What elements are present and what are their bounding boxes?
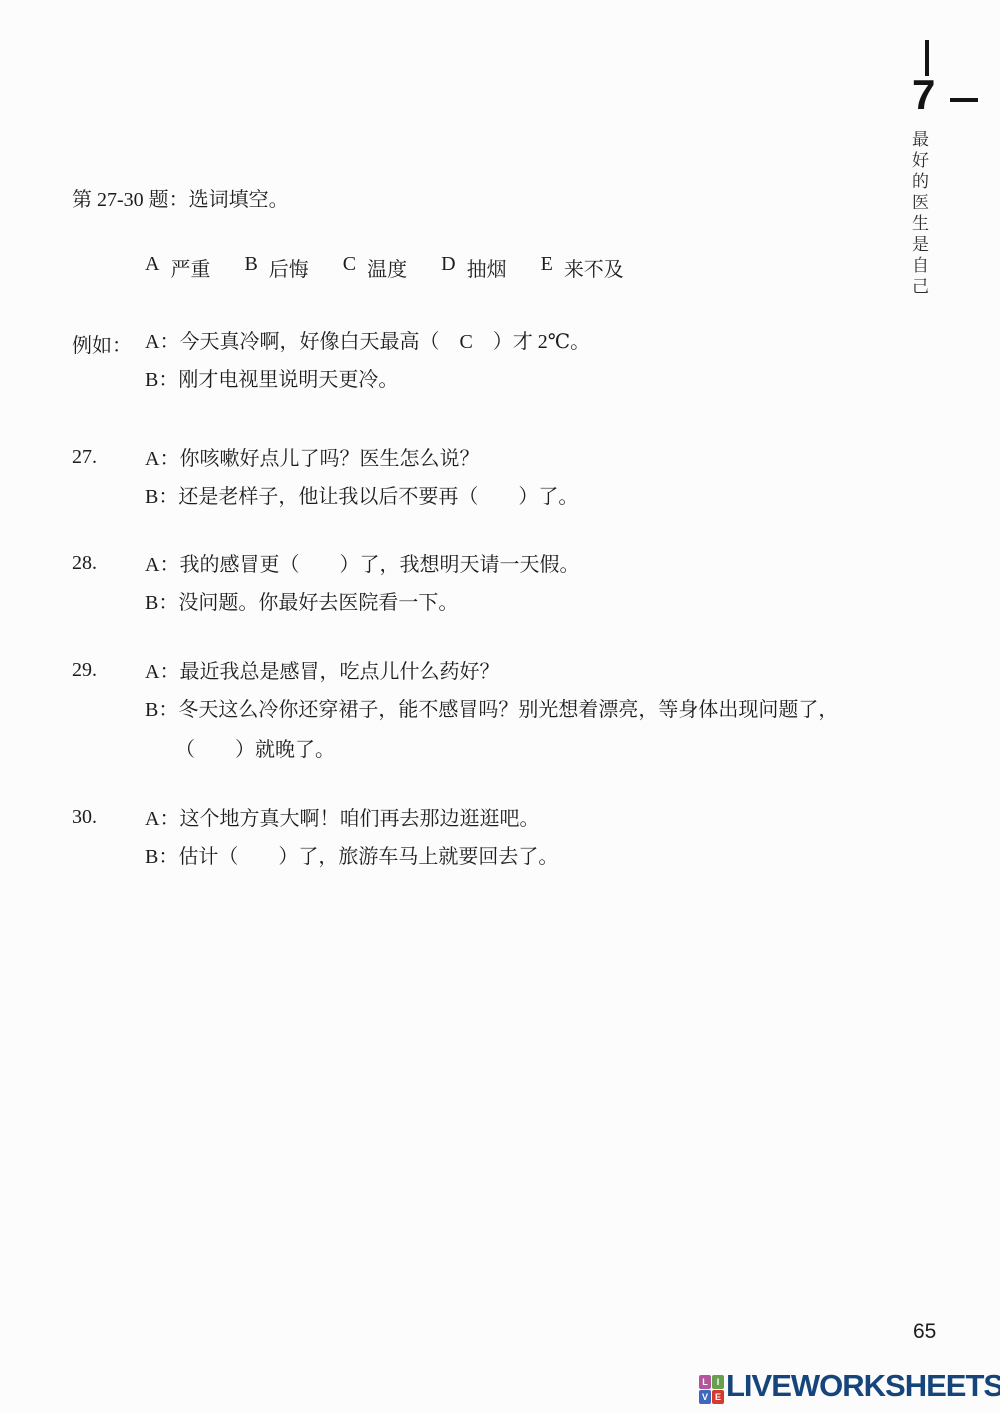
- liveworksheets-logo-icon: L I V E: [699, 1375, 724, 1404]
- worksheet-page: 第 27-30 题：选词填空。 A 严重 B 后悔 C 温度 D 抽烟 E 来不…: [0, 0, 1000, 1413]
- option-d: D 抽烟: [441, 253, 506, 282]
- example-line-a: A：今天真冷啊，好像白天最高（ C ）才 2℃。: [145, 329, 590, 367]
- question-30: 30. A：这个地方真大啊！咱们再去那边逛逛吧。 B：估计（ ）了，旅游车马上就…: [72, 806, 558, 882]
- question-line-a: A：最近我总是感冒，吃点儿什么药好？: [145, 659, 838, 697]
- page-number: 65: [913, 1320, 936, 1344]
- logo-letter-v: V: [699, 1390, 711, 1404]
- question-line-b: B：估计（ ）了，旅游车马上就要回去了。: [145, 844, 558, 882]
- question-28: 28. A：我的感冒更（ ）了，我想明天请一天假。 B：没问题。你最好去医院看一…: [72, 552, 579, 628]
- logo-letter-i: I: [712, 1375, 724, 1389]
- option-letter: D: [441, 253, 455, 282]
- option-e: E 来不及: [541, 253, 624, 282]
- question-29: 29. A：最近我总是感冒，吃点儿什么药好？ B：冬天这么冷你还穿裙子，能不感冒…: [72, 659, 838, 775]
- question-line-b: B：没问题。你最好去医院看一下。: [145, 590, 579, 628]
- question-number: 29.: [72, 659, 97, 682]
- logo-letter-e: E: [712, 1390, 724, 1404]
- question-line-b: B：还是老样子，他让我以后不要再（ ）了。: [145, 484, 578, 522]
- word-options-row: A 严重 B 后悔 C 温度 D 抽烟 E 来不及: [145, 253, 624, 282]
- chapter-title-vertical: 最好的医生是自己: [906, 130, 931, 298]
- option-a: A 严重: [145, 253, 210, 282]
- option-word: 严重: [170, 253, 210, 282]
- option-word: 抽烟: [467, 253, 507, 282]
- chapter-number: 7: [912, 74, 935, 116]
- question-number: 28.: [72, 552, 97, 575]
- question-number: 27.: [72, 446, 97, 469]
- option-letter: C: [343, 253, 356, 282]
- question-line-a: A：我的感冒更（ ）了，我想明天请一天假。: [145, 552, 579, 590]
- option-word: 来不及: [564, 253, 624, 282]
- liveworksheets-brand: L I V E LIVEWORKSHEETS: [699, 1368, 1000, 1404]
- example-block: 例如： A：今天真冷啊，好像白天最高（ C ）才 2℃。 B：刚才电视里说明天更…: [72, 329, 590, 405]
- option-letter: B: [244, 253, 257, 282]
- question-line-b: B：冬天这么冷你还穿裙子，能不感冒吗？别光想着漂亮，等身体出现问题了，: [145, 697, 838, 737]
- exercise-instruction: 第 27-30 题：选词填空。: [72, 183, 289, 212]
- question-line-a: A：你咳嗽好点儿了吗？医生怎么说？: [145, 446, 578, 484]
- question-number: 30.: [72, 806, 97, 829]
- logo-letter-l: L: [699, 1375, 711, 1389]
- option-b: B 后悔: [244, 253, 308, 282]
- option-letter: E: [541, 253, 553, 282]
- option-letter: A: [145, 253, 159, 282]
- question-27: 27. A：你咳嗽好点儿了吗？医生怎么说？ B：还是老样子，他让我以后不要再（ …: [72, 446, 578, 522]
- option-word: 后悔: [269, 253, 309, 282]
- option-word: 温度: [367, 253, 407, 282]
- question-line-a: A：这个地方真大啊！咱们再去那边逛逛吧。: [145, 806, 558, 844]
- option-c: C 温度: [343, 253, 407, 282]
- question-line-b-cont: （ ）就晚了。: [145, 737, 838, 775]
- example-label: 例如：: [72, 329, 132, 358]
- brand-text: LIVEWORKSHEETS: [726, 1368, 1000, 1404]
- example-line-b: B：刚才电视里说明天更冷。: [145, 367, 590, 405]
- chapter-marker-dash: [950, 98, 978, 102]
